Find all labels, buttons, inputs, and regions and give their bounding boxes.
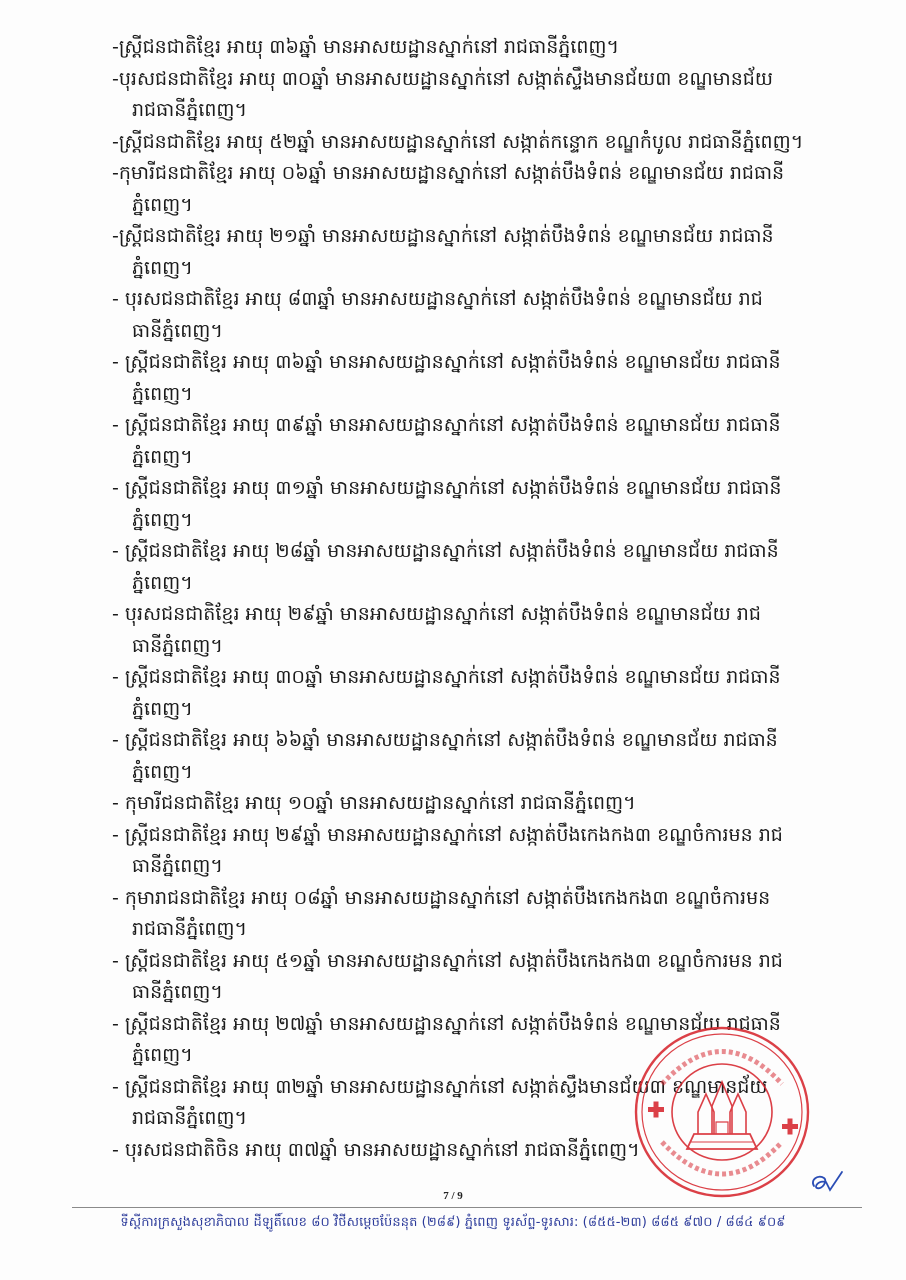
bullet-dash: - [112,950,125,972]
entry-line: ស្ត្រីជនជាតិខ្មែរ អាយុ ២៨ឆ្នាំ មានអាសយដ្… [125,540,779,562]
case-list: -ស្ត្រីជនជាតិខ្មែរ អាយុ ៣៦ឆ្នាំ មានអាសយដ… [112,32,852,1166]
bullet-dash: - [112,603,125,625]
entry-line: ស្ត្រីជនជាតិខ្មែរ អាយុ ៣១ឆ្នាំ មានអាសយដ្… [125,477,782,499]
case-entry: - ស្ត្រីជនជាតិខ្មែរ អាយុ ២៨ឆ្នាំ មានអាសយ… [112,536,852,599]
entry-line: ស្ត្រីជនជាតិខ្មែរ អាយុ ៥១ឆ្នាំ មានអាសយដ្… [125,950,783,972]
case-entry: -ស្ត្រីជនជាតិខ្មែរ អាយុ ២១ឆ្នាំ មានអាសយដ… [112,221,852,284]
bullet-dash: - [112,225,119,247]
entry-line: កុមារាជនជាតិខ្មែរ អាយុ ០៨ឆ្នាំ មានអាសយដ្… [125,887,770,909]
entry-line: ស្ត្រីជនជាតិខ្មែរ អាយុ ៣៩ឆ្នាំ មានអាសយដ្… [125,414,781,436]
bullet-dash: - [112,351,125,373]
entry-line-continuation: រាជធានីភ្នំពេញ។ [112,914,852,946]
bullet-dash: - [112,1013,125,1035]
entry-line: បុរសជនជាតិចិន អាយុ ៣៧ឆ្នាំ មានអាសយដ្ឋានស… [125,1139,640,1161]
case-entry: - កុមារាជនជាតិខ្មែរ អាយុ ០៨ឆ្នាំ មានអាសយ… [112,883,852,946]
case-entry: - ស្ត្រីជនជាតិខ្មែរ អាយុ ៣០ឆ្នាំ មានអាសយ… [112,662,852,725]
case-entry: - កុមារីជនជាតិខ្មែរ អាយុ ១០ឆ្នាំ មានអាសយ… [112,788,852,820]
bullet-dash: - [112,1076,125,1098]
entry-line: កុមារីជនជាតិខ្មែរ អាយុ ០៦ឆ្នាំ មានអាសយដ្… [119,162,784,184]
entry-line-continuation: ភ្នំពេញ។ [112,694,852,726]
bullet-dash: - [112,68,119,90]
entry-line: បុរសជនជាតិខ្មែរ អាយុ ៣០ឆ្នាំ មានអាសយដ្ឋា… [119,68,773,90]
entry-line: ស្ត្រីជនជាតិខ្មែរ អាយុ ៣៦ឆ្នាំ មានអាសយដ្… [119,36,619,58]
bullet-dash: - [112,729,125,751]
entry-line: ស្ត្រីជនជាតិខ្មែរ អាយុ ២១ឆ្នាំ មានអាសយដ្… [119,225,774,247]
entry-line-continuation: រាជធានីភ្នំពេញ។ [112,95,852,127]
official-seal-stamp [632,1024,812,1200]
case-entry: - បុរសជនជាតិខ្មែរ អាយុ ២៩ឆ្នាំ មានអាសយដ្… [112,599,852,662]
entry-line-continuation: ភ្នំពេញ។ [112,568,852,600]
bullet-dash: - [112,414,125,436]
entry-line: ស្ត្រីជនជាតិខ្មែរ អាយុ ៦៦ឆ្នាំ មានអាសយដ្… [125,729,778,751]
entry-line: បុរសជនជាតិខ្មែរ អាយុ ៨៣ឆ្នាំ មានអាសយដ្ឋា… [125,288,763,310]
case-entry: - ស្ត្រីជនជាតិខ្មែរ អាយុ ៥១ឆ្នាំ មានអាសយ… [112,946,852,1009]
case-entry: -កុមារីជនជាតិខ្មែរ អាយុ ០៦ឆ្នាំ មានអាសយដ… [112,158,852,221]
case-entry: - ស្ត្រីជនជាតិខ្មែរ អាយុ ៣៦ឆ្នាំ មានអាសយ… [112,347,852,410]
entry-line-continuation: ធានីភ្នំពេញ។ [112,977,852,1009]
entry-line: ស្ត្រីជនជាតិខ្មែរ អាយុ ៣០ឆ្នាំ មានអាសយដ្… [125,666,781,688]
case-entry: - ស្ត្រីជនជាតិខ្មែរ អាយុ ២៩ឆ្នាំ មានអាសយ… [112,820,852,883]
entry-line: ស្ត្រីជនជាតិខ្មែរ អាយុ ៥២ឆ្នាំ មានអាសយដ្… [119,131,803,153]
case-entry: - បុរសជនជាតិខ្មែរ អាយុ ៨៣ឆ្នាំ មានអាសយដ្… [112,284,852,347]
case-entry: - ស្ត្រីជនជាតិខ្មែរ អាយុ ៣១ឆ្នាំ មានអាសយ… [112,473,852,536]
entry-line-continuation: ភ្នំពេញ។ [112,253,852,285]
entry-line: ស្ត្រីជនជាតិខ្មែរ អាយុ ៣៦ឆ្នាំ មានអាសយដ្… [125,351,781,373]
entry-line-continuation: ភ្នំពេញ។ [112,190,852,222]
case-entry: -ស្ត្រីជនជាតិខ្មែរ អាយុ ៣៦ឆ្នាំ មានអាសយដ… [112,32,852,64]
entry-line-continuation: ធានីភ្នំពេញ។ [112,631,852,663]
entry-line-continuation: ភ្នំពេញ។ [112,757,852,789]
case-entry: - ស្ត្រីជនជាតិខ្មែរ អាយុ ៦៦ឆ្នាំ មានអាសយ… [112,725,852,788]
bullet-dash: - [112,1139,125,1161]
entry-line-continuation: ភ្នំពេញ។ [112,442,852,474]
page-number: 7 / 9 [0,1190,906,1202]
entry-line: បុរសជនជាតិខ្មែរ អាយុ ២៩ឆ្នាំ មានអាសយដ្ឋា… [125,603,761,625]
bullet-dash: - [112,36,119,58]
bullet-dash: - [112,792,125,814]
entry-line: ស្ត្រីជនជាតិខ្មែរ អាយុ ២៩ឆ្នាំ មានអាសយដ្… [125,824,783,846]
bullet-dash: - [112,162,119,184]
bullet-dash: - [112,477,125,499]
case-entry: -បុរសជនជាតិខ្មែរ អាយុ ៣០ឆ្នាំ មានអាសយដ្ឋ… [112,64,852,127]
bullet-dash: - [112,887,125,909]
bullet-dash: - [112,824,125,846]
footer-divider [72,1207,862,1208]
entry-line-continuation: ធានីភ្នំពេញ។ [112,851,852,883]
bullet-dash: - [112,666,125,688]
entry-line: កុមារីជនជាតិខ្មែរ អាយុ ១០ឆ្នាំ មានអាសយដ្… [125,792,636,814]
case-entry: - ស្ត្រីជនជាតិខ្មែរ អាយុ ៣៩ឆ្នាំ មានអាសយ… [112,410,852,473]
entry-line-continuation: ភ្នំពេញ។ [112,505,852,537]
case-entry: -ស្ត្រីជនជាតិខ្មែរ អាយុ ៥២ឆ្នាំ មានអាសយដ… [112,127,852,159]
entry-line-continuation: ធានីភ្នំពេញ។ [112,316,852,348]
footer-address: ទីស្តីការក្រសួងសុខាភិបាល ដីឡូតិ៍លេខ ៨០ វ… [0,1214,906,1233]
document-page: -ស្ត្រីជនជាតិខ្មែរ អាយុ ៣៦ឆ្នាំ មានអាសយដ… [0,0,906,1280]
bullet-dash: - [112,131,119,153]
bullet-dash: - [112,540,125,562]
entry-line-continuation: ភ្នំពេញ។ [112,379,852,411]
bullet-dash: - [112,288,125,310]
